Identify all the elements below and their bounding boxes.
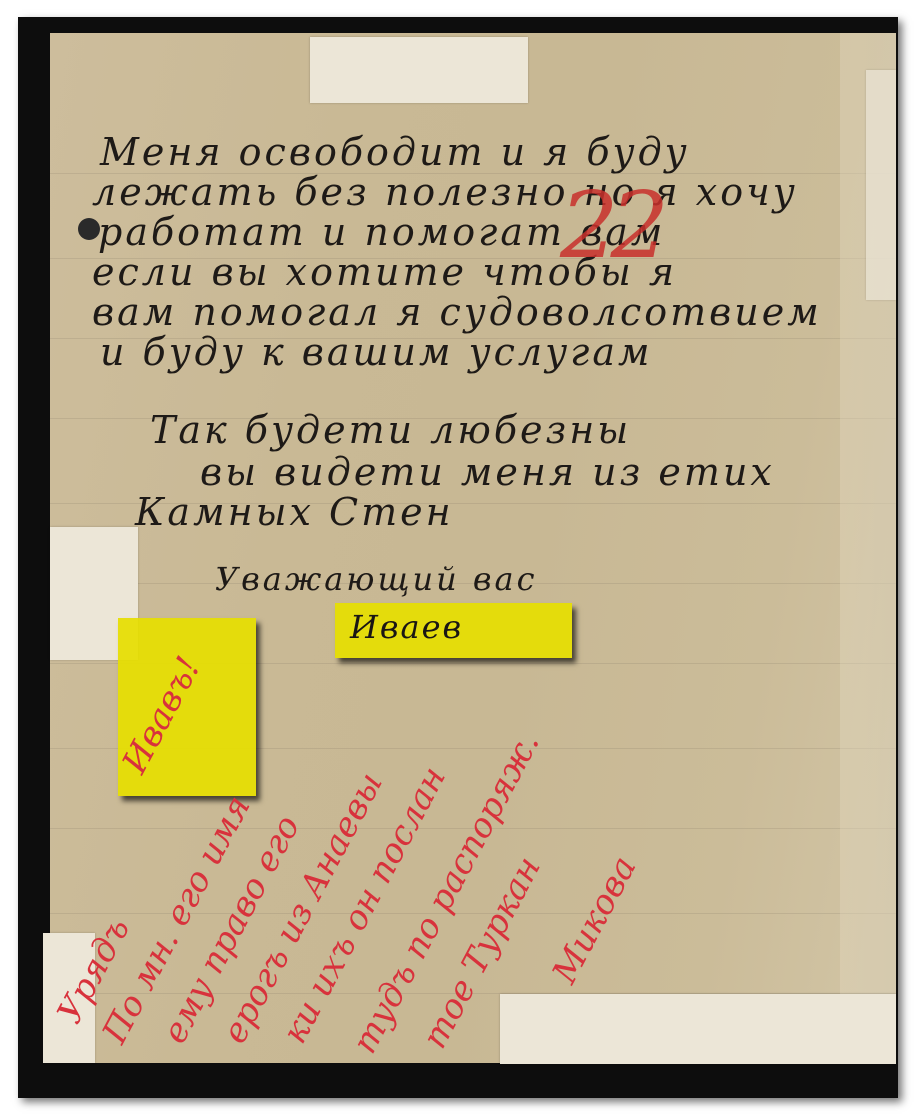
text-line-7: Так будети любезны — [150, 408, 631, 452]
text-line-9: Камных Стен — [135, 490, 454, 534]
archive-number: 22 — [560, 172, 661, 279]
repair-tape-top — [310, 37, 528, 103]
binding-hole — [78, 218, 100, 240]
text-line-5: вам помогал я судоволсотвием — [92, 290, 822, 334]
text-line-1: Меня освободит и я буду — [100, 130, 690, 174]
text-line-8: вы видети меня из етих — [200, 450, 775, 494]
repair-tape-bottom-right — [500, 994, 896, 1064]
repair-tape-right — [866, 70, 896, 300]
text-line-2: лежать без полезно но я хочу — [92, 170, 798, 214]
signature: Иваев — [350, 608, 463, 646]
text-line-6: и буду к вашим услугам — [100, 330, 653, 374]
closing-line: Уважающий вас — [215, 560, 538, 598]
